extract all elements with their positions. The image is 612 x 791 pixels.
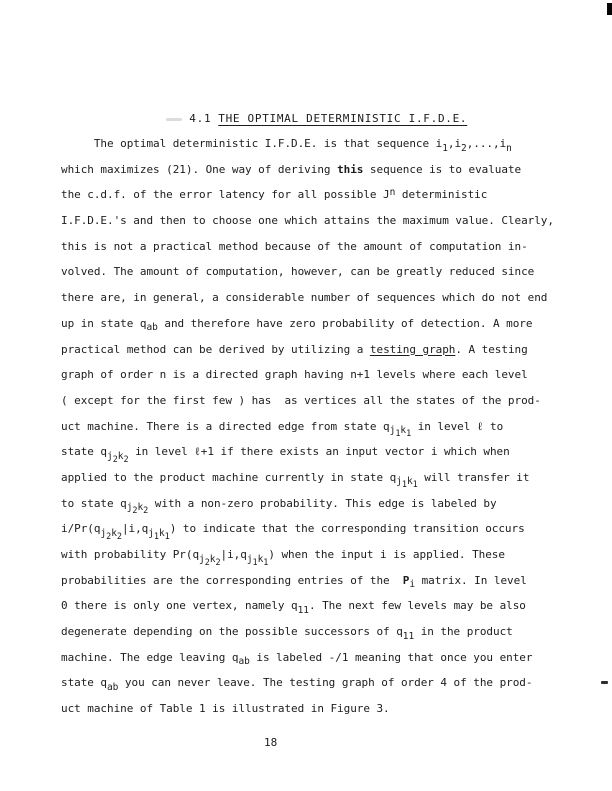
text-line: this is not a practical method because o…: [61, 234, 581, 260]
scan-corner-mark: [607, 3, 612, 15]
text-line: state qab you can never leave. The testi…: [61, 670, 581, 696]
text-line: applied to the product machine currently…: [61, 465, 581, 491]
text-line: to state qj2k2 with a non-zero probabili…: [61, 491, 581, 517]
text-line: uct machine. There is a directed edge fr…: [61, 414, 581, 440]
section-title: THE OPTIMAL DETERMINISTIC I.F.D.E.: [218, 112, 467, 125]
text-line: 0 there is only one vertex, namely q11. …: [61, 593, 581, 619]
scan-speck: [601, 681, 608, 684]
text-line: which maximizes (21). One way of derivin…: [61, 157, 581, 183]
text-line: degenerate depending on the possible suc…: [61, 619, 581, 645]
text-line: with probability Pr(qj2k2|i,qj1k1) when …: [61, 542, 581, 568]
text-line: probabilities are the corresponding entr…: [61, 568, 581, 594]
text-line: i/Pr(qj2k2|i,qj1k1) to indicate that the…: [61, 516, 581, 542]
text-line: I.F.D.E.'s and then to choose one which …: [61, 208, 581, 234]
text-line: ( except for the first few ) has as vert…: [61, 388, 581, 414]
text-line: uct machine of Table 1 is illustrated in…: [61, 696, 581, 722]
text-line: there are, in general, a considerable nu…: [61, 285, 581, 311]
text-line: volved. The amount of computation, howev…: [61, 259, 581, 285]
text-line: machine. The edge leaving qab is labeled…: [61, 645, 581, 671]
text-line: graph of order n is a directed graph hav…: [61, 362, 581, 388]
document-body: The optimal deterministic I.F.D.E. is th…: [61, 131, 581, 722]
document-page: 4.1THE OPTIMAL DETERMINISTIC I.F.D.E. Th…: [0, 0, 612, 791]
text-line: The optimal deterministic I.F.D.E. is th…: [61, 131, 581, 157]
text-line: state qj2k2 in level ℓ+1 if there exists…: [61, 439, 581, 465]
page-number: 18: [264, 736, 277, 749]
section-number: 4.1: [189, 112, 211, 125]
text-line: up in state qab and therefore have zero …: [61, 311, 581, 337]
text-line: the c.d.f. of the error latency for all …: [61, 182, 581, 208]
text-line: practical method can be derived by utili…: [61, 337, 581, 363]
